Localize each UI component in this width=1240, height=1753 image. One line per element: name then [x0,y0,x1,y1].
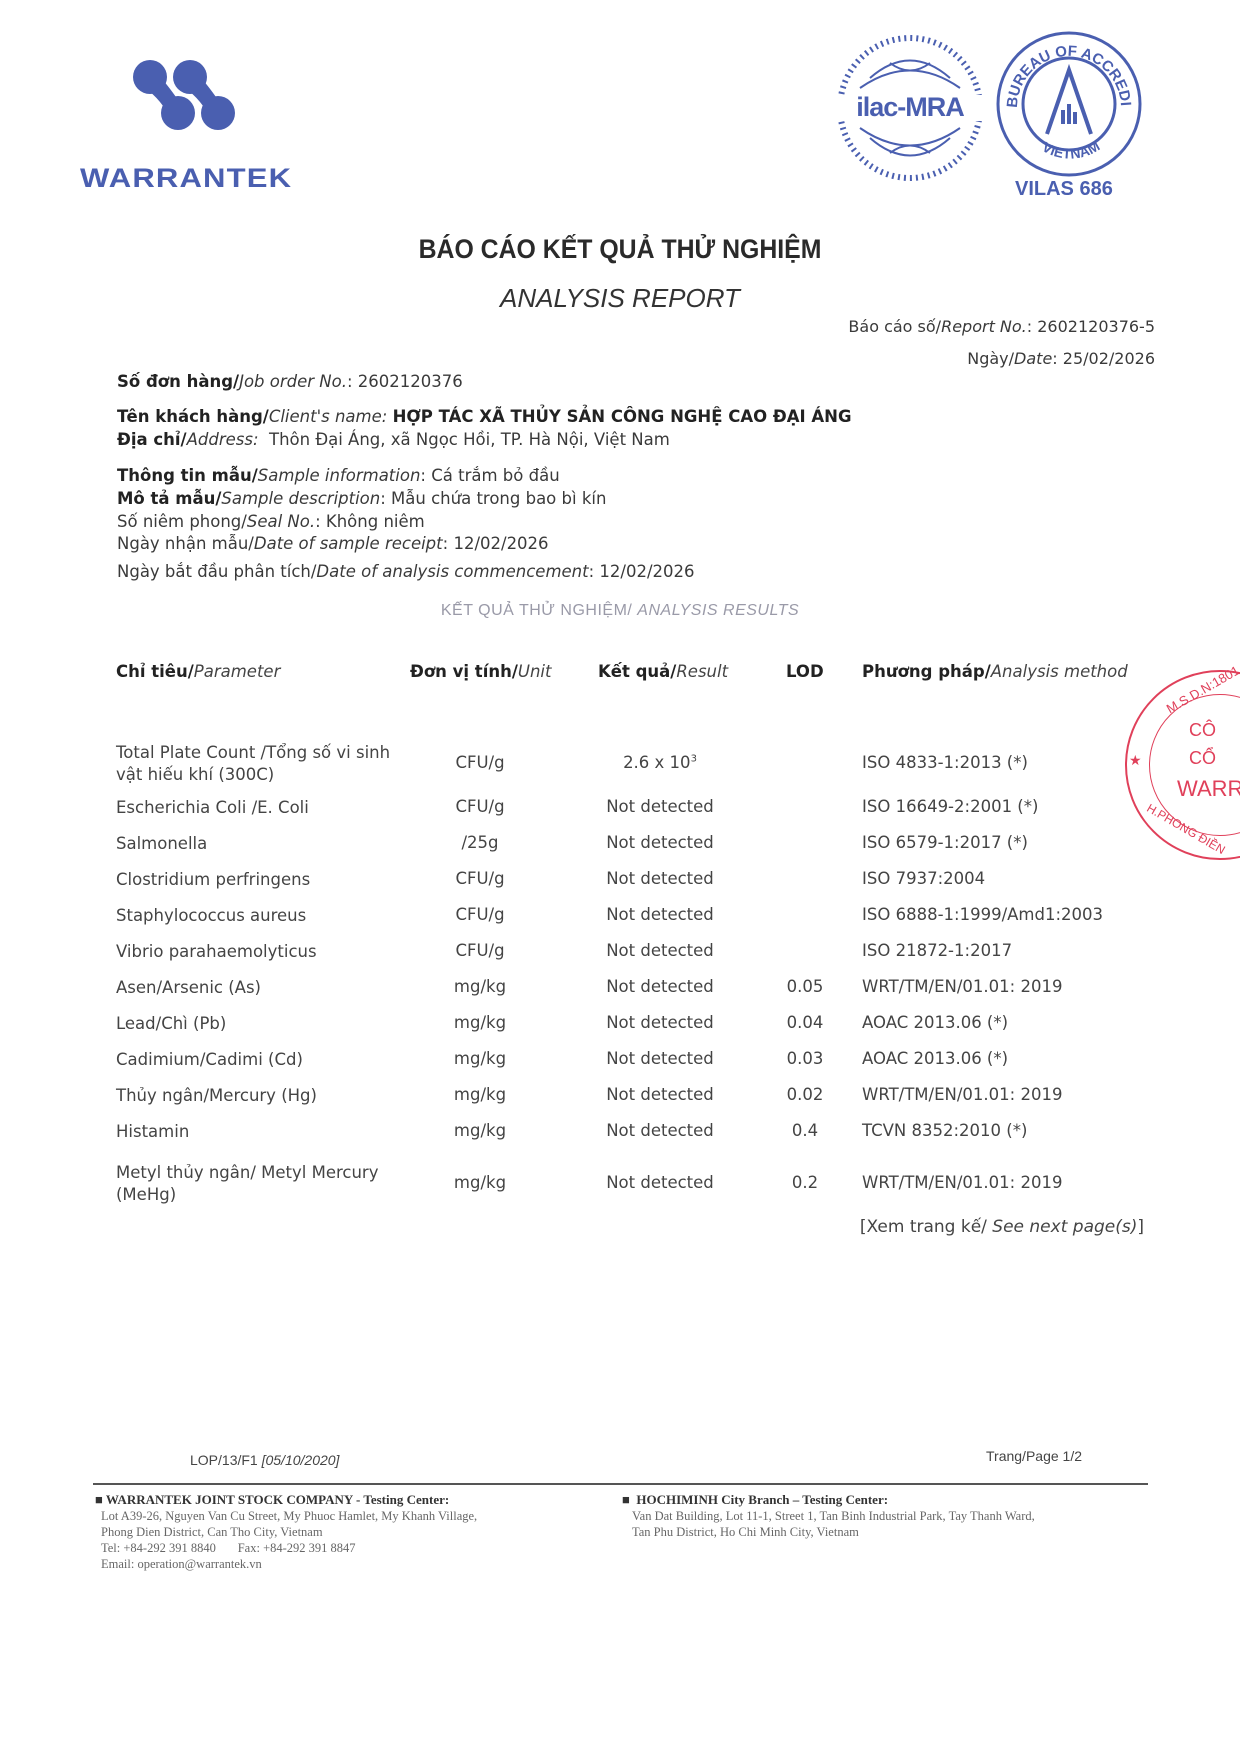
company-logo-text: WARRANTEK [80,163,292,194]
hq-line-1: Lot A39-26, Nguyen Van Cu Street, My Phu… [95,1508,477,1524]
method-cell: ISO 6579-1:2017 (*) [862,833,1028,852]
result-cell: Not detected [580,1013,740,1032]
method-cell: ISO 4833-1:2013 (*) [862,753,1028,772]
method-cell: WRT/TM/EN/01.01: 2019 [862,977,1062,996]
branch-line-2: Tan Phu District, Ho Chi Minh City, Viet… [622,1524,1035,1540]
parameter-cell: Clostridium perfringens [116,869,416,891]
unit-cell: mg/kg [420,1049,540,1068]
client-name-line: Tên khách hàng/Client's name: HỢP TÁC XÃ… [117,407,852,426]
lod-cell: 0.02 [765,1085,845,1104]
stamp-line-2: CỔ [1189,748,1216,769]
result-exponent: 3 [691,754,697,765]
parameter-cell: Cadimium/Cadimi (Cd) [116,1049,416,1071]
client-name: HỢP TÁC XÃ THỦY SẢN CÔNG NGHỆ CAO ĐẠI ÁN… [393,407,852,426]
unit-cell: /25g [420,833,540,852]
receipt-date-line: Ngày nhận mẫu/Date of sample receipt: 12… [117,534,549,553]
result-cell: Not detected [580,977,740,996]
hq-address-block: ■ WARRANTEK JOINT STOCK COMPANY - Testin… [95,1492,477,1572]
seal-value: Không niêm [326,512,425,531]
hq-line-2: Phong Dien District, Can Tho City, Vietn… [95,1524,477,1540]
lod-cell: 0.4 [765,1121,845,1140]
result-cell: Not detected [580,1173,740,1192]
page-number: Trang/Page 1/2 [986,1448,1082,1464]
unit-cell: CFU/g [420,753,540,772]
result-cell: Not detected [580,905,740,924]
unit-cell: CFU/g [420,941,540,960]
unit-cell: CFU/g [420,797,540,816]
sample-desc-line: Mô tả mẫu/Sample description: Mẫu chứa t… [117,489,606,508]
method-cell: WRT/TM/EN/01.01: 2019 [862,1173,1062,1192]
parameter-cell: Lead/Chì (Pb) [116,1013,416,1035]
result-cell: Not detected [580,833,740,852]
column-header-result: Kết quả/Result [598,662,728,681]
result-cell: 2.6 x 103 [580,753,740,772]
job-order-value: 2602120376 [358,372,463,391]
receipt-date: 12/02/2026 [453,534,548,553]
stamp-line-1: CÔ [1189,720,1216,741]
bureau-accreditation-seal: BUREAU OF ACCREDITATION VIETNAM [995,30,1143,178]
unit-cell: CFU/g [420,869,540,888]
bullet-square-icon: ■ [95,1492,103,1507]
method-cell: ISO 21872-1:2017 [862,941,1012,960]
unit-cell: CFU/g [420,905,540,924]
parameter-cell: Escherichia Coli /E. Coli [116,797,416,819]
vilas-code: VILAS 686 [1015,178,1113,201]
parameter-cell: Salmonella [116,833,416,855]
unit-cell: mg/kg [420,1121,540,1140]
ilac-mra-text: ilac-MRA [835,92,985,123]
method-cell: TCVN 8352:2010 (*) [862,1121,1027,1140]
result-cell: Not detected [580,1085,740,1104]
lod-cell: 0.03 [765,1049,845,1068]
report-number-value: 2602120376-5 [1037,317,1155,336]
stamp-line-3: WARR [1177,776,1240,802]
commence-date-line: Ngày bắt đầu phân tích/Date of analysis … [117,562,695,581]
unit-cell: mg/kg [420,1013,540,1032]
boa-vietnam-icon: BUREAU OF ACCREDITATION VIETNAM [995,30,1143,178]
form-code: LOP/13/F1 [05/10/2020] [190,1452,339,1468]
column-header-lod: LOD [786,662,824,681]
parameter-cell: Metyl thủy ngân/ Metyl Mercury (MeHg) [116,1162,416,1206]
client-address-line: Địa chỉ/Address: Thôn Đại Áng, xã Ngọc H… [117,430,670,449]
hq-title: WARRANTEK JOINT STOCK COMPANY - Testing … [106,1492,449,1507]
report-date-value: 25/02/2026 [1063,349,1155,368]
svg-text:VIETNAM: VIETNAM [1040,138,1103,162]
lod-cell: 0.04 [765,1013,845,1032]
column-header-parameter: Chỉ tiêu/Parameter [116,662,280,681]
column-header-unit: Đơn vị tính/Unit [410,662,551,681]
parameter-cell: Staphylococcus aureus [116,905,416,927]
warrantek-logo-icon [120,55,260,145]
unit-cell: mg/kg [420,1173,540,1192]
report-title-en: ANALYSIS REPORT [0,283,1240,314]
report-date: Ngày/Date: 25/02/2026 [967,349,1155,368]
unit-cell: mg/kg [420,1085,540,1104]
report-title-vn: BÁO CÁO KẾT QUẢ THỬ NGHIỆM [50,234,1191,265]
method-cell: AOAC 2013.06 (*) [862,1013,1008,1032]
result-cell: Not detected [580,869,740,888]
unit-cell: mg/kg [420,977,540,996]
lod-cell: 0.05 [765,977,845,996]
branch-address-block: ■ HOCHIMINH City Branch – Testing Center… [622,1492,1035,1540]
company-logo [120,55,260,145]
result-cell: Not detected [580,1121,740,1140]
star-icon: ★ [1129,752,1142,769]
hq-contact: Tel: +84-292 391 8840 Fax: +84-292 391 8… [95,1540,477,1556]
job-order: Số đơn hàng/Job order No.: 2602120376 [117,372,463,391]
lod-cell: 0.2 [765,1173,845,1192]
parameter-cell: Total Plate Count /Tổng số vi sinh vật h… [116,742,416,786]
parameter-cell: Thủy ngân/Mercury (Hg) [116,1085,416,1107]
results-section-title: KẾT QUẢ THỬ NGHIỆM/ ANALYSIS RESULTS [0,602,1240,620]
column-header-method: Phương pháp/Analysis method [862,662,1128,681]
bureau-country-text: VIETNAM [1040,138,1103,162]
bullet-square-icon: ■ [622,1492,630,1507]
result-cell: Not detected [580,941,740,960]
method-cell: ISO 7937:2004 [862,869,985,888]
method-cell: AOAC 2013.06 (*) [862,1049,1008,1068]
method-cell: ISO 16649-2:2001 (*) [862,797,1038,816]
sample-info: Cá trắm bỏ đầu [431,466,559,485]
parameter-cell: Vibrio parahaemolyticus [116,941,416,963]
sample-desc: Mẫu chứa trong bao bì kín [391,489,606,508]
method-cell: WRT/TM/EN/01.01: 2019 [862,1085,1062,1104]
client-address: Thôn Đại Áng, xã Ngọc Hồi, TP. Hà Nội, V… [269,430,670,449]
commence-date: 12/02/2026 [599,562,694,581]
branch-title: HOCHIMINH City Branch – Testing Center: [636,1492,888,1507]
report-number: Báo cáo số/Report No.: 2602120376-5 [848,317,1155,336]
ilac-mra-seal: ilac-MRA [835,33,985,183]
seal-line: Số niêm phong/Seal No.: Không niêm [117,512,425,531]
sample-info-line: Thông tin mẫu/Sample information: Cá trắ… [117,466,560,485]
company-stamp: M.S.D.N:1801 H.PHONG ĐIỀN ★ CÔ CỔ WARR [1125,670,1240,860]
method-cell: ISO 6888-1:1999/Amd1:2003 [862,905,1103,924]
result-cell: Not detected [580,797,740,816]
parameter-cell: Asen/Arsenic (As) [116,977,416,999]
parameter-cell: Histamin [116,1121,416,1143]
hq-email[interactable]: Email: operation@warrantek.vn [95,1556,477,1572]
branch-line-1: Van Dat Building, Lot 11-1, Street 1, Ta… [622,1508,1035,1524]
footer-divider [93,1483,1148,1485]
next-page-note: [Xem trang kế/ See next page(s)] [860,1217,1144,1237]
result-cell: Not detected [580,1049,740,1068]
